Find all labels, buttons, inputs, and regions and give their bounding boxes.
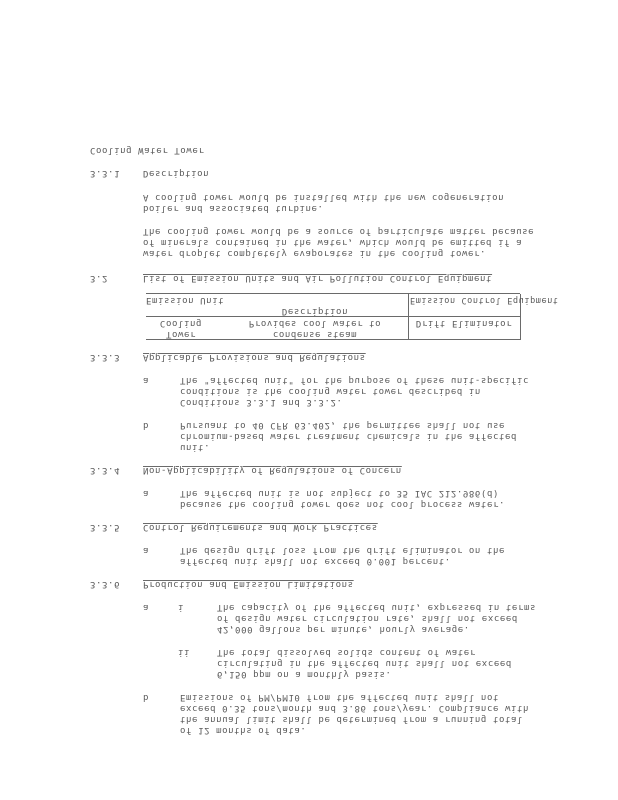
item-label: b bbox=[143, 691, 149, 702]
document-title: Cooling Water Tower bbox=[90, 144, 204, 155]
item-line: of 12 months of data. bbox=[180, 724, 306, 735]
item-label: a bbox=[143, 601, 149, 612]
item-sublabel: i bbox=[178, 601, 184, 612]
paragraph-line: boiler and associated turbine. bbox=[143, 202, 324, 213]
section-heading: Control Requirements and Work Practices bbox=[143, 521, 378, 532]
item-line: The capacity of the affected unit, expre… bbox=[217, 601, 536, 612]
document-page: Cooling Water Tower 3.3.1 Description A … bbox=[0, 0, 618, 800]
table-cell-equipment: Drift Eliminator bbox=[410, 317, 518, 328]
section-heading: Applicable Provisions and Regulations bbox=[143, 351, 366, 362]
item-line: of design water circulation rate, shall … bbox=[217, 612, 518, 623]
item-line: Emissions of PM/PM10 from the affected u… bbox=[180, 691, 499, 702]
item-label: a bbox=[143, 544, 149, 555]
section-heading: Non-Applicability of Regulations of Conc… bbox=[143, 464, 402, 475]
section-number: 3.2 bbox=[90, 272, 108, 283]
item-label: b bbox=[143, 419, 149, 430]
table-header-description: Description bbox=[230, 305, 400, 316]
table-cell-unit: Tower bbox=[146, 328, 216, 339]
section-number: 3.3.3 bbox=[90, 351, 120, 362]
table-cell-unit: Cooling bbox=[146, 317, 216, 328]
paragraph-line: water droplet completely evaporates in t… bbox=[143, 247, 486, 258]
paragraph-line: of minerals contained in the water, whic… bbox=[143, 236, 522, 247]
table-header-equipment: Emission Control Equipment bbox=[410, 294, 518, 305]
section-heading: Description bbox=[143, 167, 209, 178]
section-number: 3.3.5 bbox=[90, 521, 120, 532]
item-line: affected unit shall not exceed 0.001 per… bbox=[180, 555, 451, 566]
table-cell-description: Provides cool water to bbox=[230, 317, 400, 328]
item-line: unit. bbox=[180, 441, 210, 452]
paragraph-line: A cooling tower would be installed with … bbox=[143, 191, 504, 202]
section-number: 3.3.1 bbox=[90, 167, 120, 178]
section-heading: List of Emission Units and Air Pollution… bbox=[143, 272, 492, 283]
table-cell-description: condense steam bbox=[230, 328, 400, 339]
item-line: 6,150 ppm on a monthly basis. bbox=[217, 668, 392, 679]
item-line: The affected unit is not subject to 35 I… bbox=[180, 487, 499, 498]
item-line: chromium-based water treatment chemicals… bbox=[180, 430, 517, 441]
table-border-bottom bbox=[146, 339, 520, 340]
item-line: The total dissolved solids content of wa… bbox=[217, 646, 476, 657]
item-label: a bbox=[143, 374, 149, 385]
item-line: conditions is the cooling water tower de… bbox=[180, 385, 481, 396]
item-line: Pursuant to 40 CFR 63.402, the permittee… bbox=[180, 419, 505, 430]
section-number: 3.3.6 bbox=[90, 578, 120, 589]
item-line: 42,000 gallons per minute, hourly averag… bbox=[217, 623, 470, 634]
item-line: exceed 0.35 tons/month and 3.86 tons/yea… bbox=[180, 702, 529, 713]
table-header-unit-line1: Emission Unit bbox=[146, 294, 216, 305]
section-number: 3.3.4 bbox=[90, 464, 120, 475]
item-sublabel: ii bbox=[178, 646, 190, 657]
item-label: a bbox=[143, 487, 149, 498]
item-line: the annual limit shall be determined fro… bbox=[180, 713, 523, 724]
item-line: The design drift loss from the drift eli… bbox=[180, 544, 505, 555]
item-line: The "affected unit" for the purpose of t… bbox=[180, 374, 529, 385]
item-line: circulating in the affected unit shall n… bbox=[217, 657, 512, 668]
table-column-divider bbox=[408, 294, 409, 340]
section-heading: Production and Emission Limitations bbox=[143, 578, 354, 589]
item-line: because the cooling tower does not cool … bbox=[180, 498, 505, 509]
item-line: Conditions 3.3.1 and 3.3.2. bbox=[180, 396, 343, 407]
paragraph-line: The cooling tower would be a source of p… bbox=[143, 225, 534, 236]
